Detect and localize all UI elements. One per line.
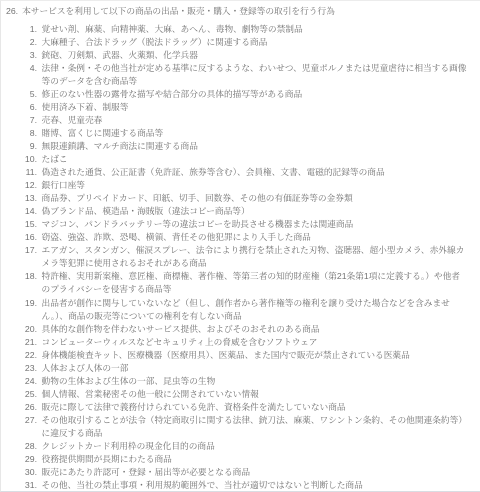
list-item-number: 15.	[6, 218, 37, 231]
list-item-number: 2.	[6, 36, 37, 49]
list-item-number: 31.	[6, 479, 37, 492]
list-item: 7. 売春、児童売春	[6, 114, 470, 127]
list-item-text: 商品券、プリペイドカード、印紙、切手、回数券、その他の有価証券等の金券類	[42, 192, 468, 205]
list-item-number: 7.	[6, 114, 37, 127]
list-item: 11. 偽造された通貨、公正証書（免許証、旅券等含む）、会員権、文書、電磁的記録…	[6, 166, 470, 179]
list-item-text: 販売にあたり許認可・登録・届出等が必要となる商品	[42, 466, 468, 479]
list-item: 4. 法律・条例・その他当社が定める基準に反するような、わいせつ、児童ポルノまた…	[6, 62, 470, 88]
list-item: 27. その他取引することが法令（特定商取引に関する法律、銃刀法、麻薬、ワシント…	[6, 414, 470, 440]
list-item: 23. 人体および人体の一部	[6, 362, 470, 375]
list-item-number: 27.	[6, 414, 37, 427]
list-item: 14. 偽ブランド品、模造品・海賊版（違法コピー商品等）	[6, 205, 470, 218]
list-item-number: 20.	[6, 323, 37, 336]
list-item: 6. 使用済み下着、制服等	[6, 101, 470, 114]
list-item-text: コンピューターウィルスなどセキュリティ上の脅威を含むソフトウェア	[42, 336, 468, 349]
list-item: 17. エアガン、スタンガン、催涙スプレー、法令により携行を禁止された刃物、盗聴…	[6, 244, 470, 270]
list-item-text: 売春、児童売春	[42, 114, 468, 127]
list-item-number: 19.	[6, 297, 37, 310]
list-item-text: 出品者が創作に関与していないなど（但し、創作者から著作権等の権利を譲り受けた場合…	[42, 297, 468, 323]
list-item: 12. 銀行口座等	[6, 179, 470, 192]
list-item-number: 11.	[6, 166, 37, 179]
list-item-number: 5.	[6, 88, 37, 101]
list-item: 30. 販売にあたり許認可・登録・届出等が必要となる商品	[6, 466, 470, 479]
list-item-number: 30.	[6, 466, 37, 479]
list-item: 3. 銃砲、刀剣類、武器、火薬類、化学兵器	[6, 49, 470, 62]
list-item-text: 動物の生体および生体の一部、昆虫等の生物	[42, 375, 468, 388]
list-item: 5. 修正のない性器の露骨な描写や結合部分の具体的描写等がある商品	[6, 88, 470, 101]
list-item-number: 12.	[6, 179, 37, 192]
list-item: 15. マジコン、パンドラバッテリー等の違法コピーを助長させる機器または関連商品	[6, 218, 470, 231]
list-item-text: 法律・条例・その他当社が定める基準に反するような、わいせつ、児童ポルノまたは児童…	[42, 62, 468, 88]
list-item-number: 18.	[6, 270, 37, 283]
list-item: 19. 出品者が創作に関与していないなど（但し、創作者から著作権等の権利を譲り受…	[6, 297, 470, 323]
list-item-text: 人体および人体の一部	[42, 362, 468, 375]
list-item-text: 窃盗、強盗、詐欺、恐喝、横領、背任その他犯罪により入手した商品	[42, 231, 468, 244]
list-item-number: 29.	[6, 453, 37, 466]
list-item-number: 8.	[6, 127, 37, 140]
list-item-text: 身体機能検査キット、医療機器（医療用具）、医薬品、また国内で販売が禁止されている…	[42, 349, 468, 362]
list-item-number: 26.	[6, 401, 37, 414]
list-item: 21. コンピューターウィルスなどセキュリティ上の脅威を含むソフトウェア	[6, 336, 470, 349]
list-item-text: 役務提供期間が長期にわたる商品	[42, 453, 468, 466]
list-item: 26. 販売に際して法律で義務付けられている免許、資格条件を満たしていない商品	[6, 401, 470, 414]
list-item: 22. 身体機能検査キット、医療機器（医療用具）、医薬品、また国内で販売が禁止さ…	[6, 349, 470, 362]
list-item: 10. たばこ	[6, 153, 470, 166]
list-item-number: 3.	[6, 49, 37, 62]
list-item-text: 販売に際して法律で義務付けられている免許、資格条件を満たしていない商品	[42, 401, 468, 414]
list-item-text: 偽造された通貨、公正証書（免許証、旅券等含む）、会員権、文書、電磁的記録等の商品	[42, 166, 468, 179]
list-item-text: 無限連鎖講、マルチ商法に関連する商品	[42, 140, 468, 153]
list-item-number: 24.	[6, 375, 37, 388]
list-item: 28. クレジットカード利用枠の現金化目的の商品	[6, 440, 470, 453]
list-item: 20. 具体的な創作物を伴わないサービス提供、およびそのおそれのある商品	[6, 323, 470, 336]
list-item-text: 銃砲、刀剣類、武器、火薬類、化学兵器	[42, 49, 468, 62]
list-item-number: 9.	[6, 140, 37, 153]
list-item-number: 1.	[6, 23, 37, 36]
prohibited-items-list: 1. 覚せい剤、麻薬、向精神薬、大麻、あへん、毒物、劇物等の禁制品 2. 大麻種…	[6, 23, 470, 492]
list-item-text: たばこ	[42, 153, 468, 166]
list-item-text: 修正のない性器の露骨な描写や結合部分の具体的描写等がある商品	[42, 88, 468, 101]
list-item-text: クレジットカード利用枠の現金化目的の商品	[42, 440, 468, 453]
list-item-text: 大麻種子、合法ドラッグ（脱法ドラッグ）に関連する商品	[42, 36, 468, 49]
section-number: 26.	[6, 5, 18, 18]
list-item: 31. その他、当社の禁止事項・利用規約範囲外で、当社が適切ではないと判断した商…	[6, 479, 470, 492]
list-item-number: 28.	[6, 440, 37, 453]
list-item-text: その他取引することが法令（特定商取引に関する法律、銃刀法、麻薬、ワシントン条約、…	[42, 414, 468, 440]
list-item-number: 25.	[6, 388, 37, 401]
list-item-text: その他、当社の禁止事項・利用規約範囲外で、当社が適切ではないと判断した商品	[42, 479, 468, 492]
list-item-text: 使用済み下着、制服等	[42, 101, 468, 114]
list-item-number: 14.	[6, 205, 37, 218]
list-item-text: 具体的な創作物を伴わないサービス提供、およびそのおそれのある商品	[42, 323, 468, 336]
list-item-text: エアガン、スタンガン、催涙スプレー、法令により携行を禁止された刃物、盗聴器、超小…	[42, 244, 468, 270]
list-item-text: 銀行口座等	[42, 179, 468, 192]
list-item-number: 6.	[6, 101, 37, 114]
list-item: 9. 無限連鎖講、マルチ商法に関連する商品	[6, 140, 470, 153]
list-item-text: 特許権、実用新案権、意匠権、商標権、著作権、等第三者の知的財産権（第21条第1項…	[42, 270, 468, 296]
list-item: 16. 窃盗、強盗、詐欺、恐喝、横領、背任その他犯罪により入手した商品	[6, 231, 470, 244]
list-item: 13. 商品券、プリペイドカード、印紙、切手、回数券、その他の有価証券等の金券類	[6, 192, 470, 205]
list-item-number: 4.	[6, 62, 37, 75]
list-item-number: 13.	[6, 192, 37, 205]
list-item: 2. 大麻種子、合法ドラッグ（脱法ドラッグ）に関連する商品	[6, 36, 470, 49]
list-item: 8. 賭博、富くじに関連する商品等	[6, 127, 470, 140]
list-item-text: 偽ブランド品、模造品・海賊版（違法コピー商品等）	[42, 205, 468, 218]
section-heading: 26. 本サービスを利用して以下の商品の出品・販売・購入・登録等の取引を行う行為	[6, 5, 470, 18]
list-item-number: 10.	[6, 153, 37, 166]
list-item-number: 21.	[6, 336, 37, 349]
terms-document-page: 26. 本サービスを利用して以下の商品の出品・販売・購入・登録等の取引を行う行為…	[0, 0, 480, 492]
list-item-text: マジコン、パンドラバッテリー等の違法コピーを助長させる機器または関連商品	[42, 218, 468, 231]
list-item-number: 23.	[6, 362, 37, 375]
list-item: 29. 役務提供期間が長期にわたる商品	[6, 453, 470, 466]
list-item: 25. 個人情報、営業秘密その他一般に公開されていない情報	[6, 388, 470, 401]
list-item: 18. 特許権、実用新案権、意匠権、商標権、著作権、等第三者の知的財産権（第21…	[6, 270, 470, 296]
list-item-number: 16.	[6, 231, 37, 244]
list-item-text: 賭博、富くじに関連する商品等	[42, 127, 468, 140]
list-item-number: 22.	[6, 349, 37, 362]
list-item: 24. 動物の生体および生体の一部、昆虫等の生物	[6, 375, 470, 388]
section-title: 本サービスを利用して以下の商品の出品・販売・購入・登録等の取引を行う行為	[22, 5, 470, 18]
list-item-number: 17.	[6, 244, 37, 257]
list-item-text: 個人情報、営業秘密その他一般に公開されていない情報	[42, 388, 468, 401]
list-item-text: 覚せい剤、麻薬、向精神薬、大麻、あへん、毒物、劇物等の禁制品	[42, 23, 468, 36]
list-item: 1. 覚せい剤、麻薬、向精神薬、大麻、あへん、毒物、劇物等の禁制品	[6, 23, 470, 36]
